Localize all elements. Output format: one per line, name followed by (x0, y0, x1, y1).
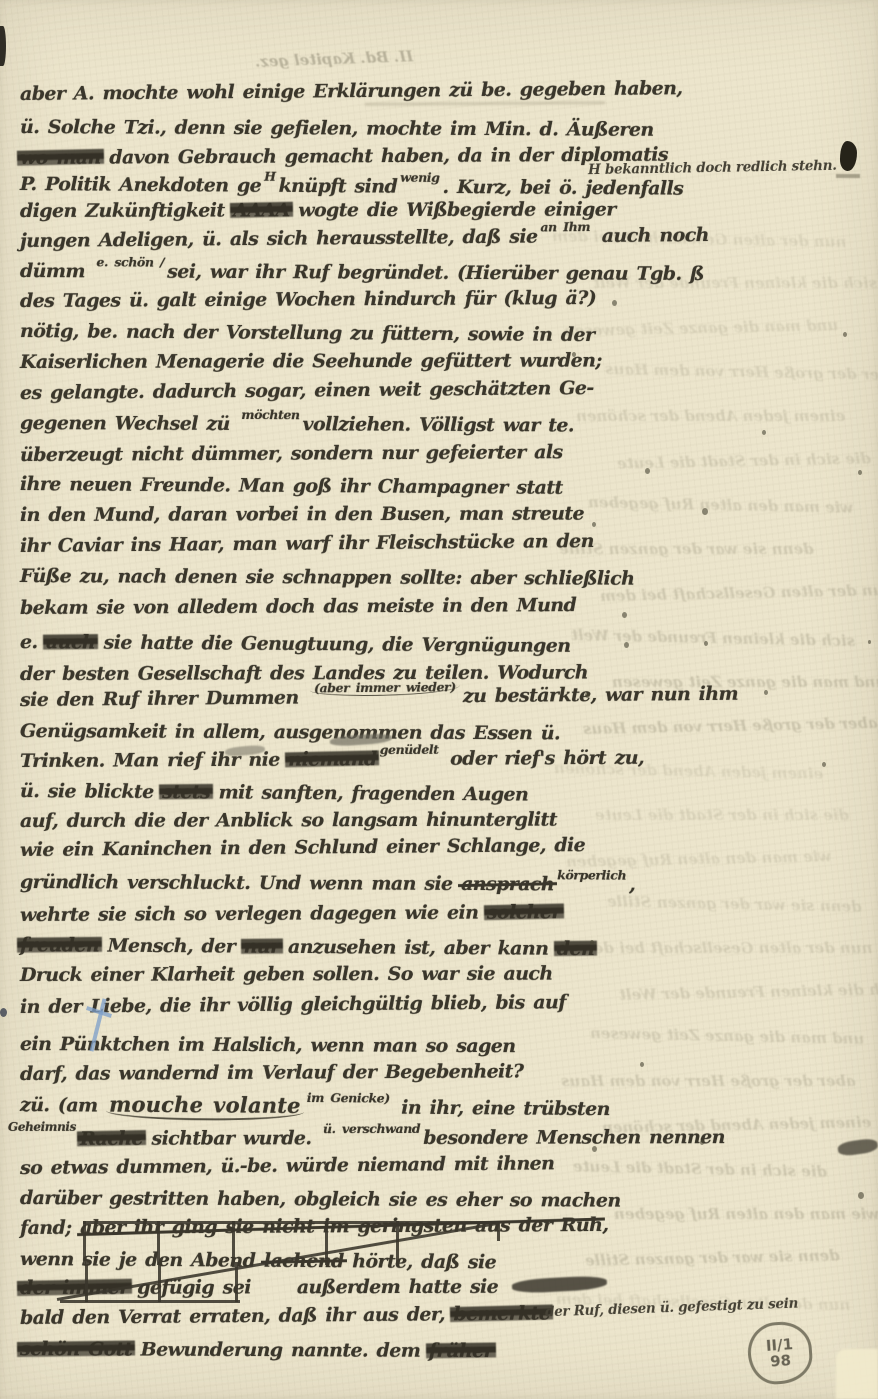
strikethrough-segment: ansprach (461, 873, 554, 895)
ink-speck (702, 508, 708, 515)
bleedthrough-text: und man die ganze Zeit gewesen (564, 316, 839, 340)
text-segment: mit sanften, fragenden Augen (210, 781, 528, 805)
manuscript-line: nötig, be. nach der Vorstellung zu fütte… (20, 319, 595, 347)
text-segment: zü. (am (20, 1094, 106, 1117)
text-segment: P. Politik Anekdoten ge (20, 173, 261, 197)
manuscript-line: GeheimnisRache sichtbar wurde. ü. versch… (8, 1125, 725, 1153)
manuscript-line: in der Liebe, die ihr völlig gleichgülti… (20, 990, 566, 1019)
bleedthrough-text: denn sie war der ganzen Stille (607, 892, 862, 915)
manuscript-line: überzeugt nicht dümmer, sondern nur gefe… (20, 440, 563, 467)
manuscript-line: ü. sie blickte stets mit sanften, fragen… (20, 779, 528, 807)
deletion-box-stroke (83, 1221, 498, 1224)
bleedthrough-text: aber der große Herr von dem Haus (605, 360, 878, 384)
paper-discoloration (836, 1349, 878, 1399)
manuscript-line: bald den Verrat erraten, daß ihr aus der… (20, 1301, 550, 1330)
ink-speck (858, 1192, 864, 1199)
manuscript-line: Genügsamkeit in allem, ausgenommen das E… (20, 719, 560, 745)
ink-speck (700, 1140, 704, 1145)
text-segment: besondere Menschen nennen (423, 1126, 725, 1149)
manuscript-page: II. Bd. Kapitel gez. nun der alten Gesel… (0, 0, 878, 1399)
ink-speck (585, 692, 590, 698)
text-segment: gefügig sei (129, 1276, 251, 1298)
strikethrough-segment: solcher (487, 901, 561, 923)
bleedthrough-text: und man die ganze Zeit gewesen (590, 1025, 865, 1049)
strikethrough-segment: früher (429, 1340, 493, 1362)
text-segment: Genügsamkeit in allem, ausgenommen das E… (20, 720, 560, 744)
insertion-segment: ü. verschwand (323, 1123, 420, 1135)
text-segment: der besten Gesellschaft des Landes zu te… (20, 662, 588, 685)
bleedthrough-text: aber der große Herr von dem Haus (561, 1072, 856, 1090)
insertion-segment: e. schön / (96, 256, 164, 268)
manuscript-line: wo man davon Gebrauch gemacht haben, da … (20, 143, 668, 170)
manuscript-line: in den Mund, daran vorbei in den Busen, … (20, 502, 584, 527)
deletion-box-stroke (396, 1221, 399, 1265)
bleedthrough-text: wie man den alten Ruf gegeben (588, 493, 854, 517)
bleedthrough-text: einem jeden Abend der schönen (576, 407, 845, 425)
manuscript-line: des Tages ü. galt einige Wochen hindurch… (20, 286, 596, 313)
margin-note-bottom: der Ruf, diesen ü. gefestigt zu sein (545, 1296, 799, 1321)
insertion-segment: körperlich (557, 869, 626, 881)
ink-speck (624, 642, 629, 648)
manuscript-line: gegenen Wechsel zü möchtenvollziehen. Vö… (20, 411, 574, 437)
bleedthrough-text: sich die kleinen Freunde der Welt (619, 980, 878, 1004)
ink-speck (704, 641, 708, 646)
strikethrough-segment: auch (46, 631, 95, 653)
bleedthrough-text: die sich in der Stadt die Leute (595, 806, 849, 824)
manuscript-line: ihr Caviar ins Haar, man warf ihr Fleisc… (20, 529, 594, 558)
text-segment: jungen Adeligen, ü. als sich herausstell… (20, 225, 538, 252)
manuscript-line: schön Gott Bewunderung nannte. dem frühe… (20, 1337, 493, 1363)
insertion-segment: genüdelt (380, 744, 439, 756)
deletion-box-stroke (60, 1300, 240, 1303)
text-segment: außerdem hatte sie (297, 1276, 498, 1299)
ink-speck (645, 468, 650, 474)
archive-stamp: II/1 98 (746, 1320, 814, 1386)
strikethrough-segment: Rache (80, 1128, 143, 1150)
manuscript-line: fand; aber ihr ging sie nicht im gerings… (20, 1213, 608, 1240)
strikethrough-segment: AAAA (233, 199, 290, 221)
text-segment: in den Mund, daran vorbei in den Busen, … (20, 503, 584, 526)
text-segment: darf, das wandernd im Verlauf der Begebe… (20, 1060, 523, 1085)
ink-speck (592, 1146, 597, 1152)
text-segment: Kaiserlichen Menagerie die Seehunde gefü… (20, 349, 602, 373)
text-segment: oder rief's hört zu, (442, 747, 645, 770)
ink-speck (843, 332, 847, 337)
deletion-box-stroke (85, 1262, 88, 1302)
manuscript-line: auf, durch die der Anblick so langsam hi… (20, 808, 557, 833)
stamp-page-number: 98 (770, 1352, 792, 1369)
text-segment: , (602, 1214, 608, 1236)
bleedthrough-header: II. Bd. Kapitel gez. (255, 47, 414, 71)
manuscript-line: Druck einer Klarheit geben sollen. So wa… (20, 962, 553, 987)
manuscript-line: Kaiserlichen Menagerie die Seehunde gefü… (20, 348, 602, 374)
ink-speck (592, 522, 596, 527)
manuscript-line: P. Politik Anekdoten geHknüpft sindwenig… (20, 172, 683, 201)
deletion-box-stroke (232, 1221, 235, 1267)
manuscript-line: wehrte sie sich so verlegen dagegen wie … (20, 900, 561, 927)
text-segment: bekam sie von alledem doch das meiste in… (20, 594, 576, 619)
ink-speck (764, 690, 768, 695)
manuscript-line: e. auch sie hatte die Genugtuung, die Ve… (20, 630, 571, 658)
strikethrough-segment: schön Gott (20, 1338, 132, 1360)
text-segment: überzeugt nicht dümmer, sondern nur gefe… (20, 441, 563, 466)
text-segment: hörte, daß sie (344, 1250, 497, 1273)
manuscript-line: ihre neuen Freunde. Man goß ihr Champagn… (20, 472, 563, 500)
manuscript-line: Trinken. Man rief ihr nie niemandgenüdel… (20, 746, 644, 773)
insertion-segment: (aber immer wieder) (310, 681, 460, 696)
insertion-segment: im Genicke) (307, 1092, 390, 1105)
insertion-segment: an Ihm (540, 221, 590, 233)
manuscript-line: der besten Gesellschaft des Landes zu te… (20, 661, 588, 686)
manuscript-line: bekam sie von alledem doch das meiste in… (20, 593, 576, 620)
manuscript-line: digen Zukünftigkeit AAAA wogte die Wißbe… (20, 197, 616, 223)
manuscript-line: wenn sie je den Abend lachend hörte, daß… (20, 1247, 496, 1274)
text-segment: es gelangte. dadurch sogar, einen weit g… (20, 377, 594, 404)
ink-smudge (512, 1275, 608, 1294)
bleedthrough-text: sich die kleinen Freunde der Welt (571, 626, 855, 650)
manuscript-line: Füße zu, nach denen sie schnappen sollte… (20, 564, 634, 591)
strikethrough-segment: stets (162, 781, 210, 803)
manuscript-line: der immer gefügig seiaußerdem hatte sie (20, 1275, 498, 1300)
ink-speck (858, 470, 862, 475)
bleedthrough-text: denn sie war der ganzen Stille (559, 540, 814, 558)
ink-speck (572, 352, 576, 357)
edge-speck (0, 1008, 7, 1017)
text-segment: sichtbar wurde. (143, 1127, 320, 1149)
text-segment: zu bestärkte, war nun ihm (463, 683, 738, 707)
text-segment: Druck einer Klarheit geben sollen. So wa… (20, 963, 553, 986)
bleedthrough-text: nun der alten Gesellschaft bei dem (578, 939, 873, 957)
text-segment: sie hatte die Genugtuung, die Vergnügung… (95, 632, 570, 657)
text-segment: des Tages ü. galt einige Wochen hindurch… (20, 287, 596, 312)
deletion-box-stroke (497, 1221, 500, 1241)
text-segment: vollziehen. Völligst war te. (303, 413, 574, 436)
text-segment: auf, durch die der Anblick so langsam hi… (20, 809, 557, 832)
insertion-segment: möchten (241, 409, 299, 421)
ink-smudge (837, 1138, 878, 1157)
strikethrough-segment: freuden (20, 934, 99, 957)
manuscript-line: sie den Ruf ihrer Dummen (aber immer wie… (20, 682, 738, 712)
manuscript-line: es gelangte. dadurch sogar, einen weit g… (20, 376, 594, 405)
manuscript-line: ü. Solche Tzi., denn sie gefielen, mocht… (20, 115, 654, 142)
manuscript-line: darf, das wandernd im Verlauf der Begebe… (20, 1059, 524, 1086)
bleedthrough-text: aber der große Herr von dem Haus (583, 714, 878, 738)
text-segment: ü. sie blickte (20, 780, 162, 803)
bleedthrough-text: denn sie war der ganzen Stille (585, 1246, 840, 1269)
bleedthrough-text: die sich in der Stadt die Leute (617, 449, 871, 472)
text-segment: fand; (20, 1217, 80, 1239)
manuscript-line: jungen Adeligen, ü. als sich herausstell… (20, 223, 709, 253)
text-segment: auch noch (593, 224, 709, 247)
text-segment: wehrte sie sich so verlegen dagegen wie … (20, 902, 487, 926)
text-segment: davon Gebrauch gemacht haben, da in der … (101, 144, 668, 169)
manuscript-line: dümm e. schön /sei, war ihr Ruf begründe… (20, 259, 704, 286)
manuscript-line: zü. (am mouche volanteim Genicke) in ihr… (20, 1092, 610, 1121)
text-segment: wie ein Kaninchen in den Schlund einer S… (20, 834, 585, 861)
strikethrough-segment: bemerkte (453, 1302, 550, 1325)
strikethrough-segment: wo man (20, 147, 101, 169)
text-segment: sie den Ruf ihrer Dummen (20, 686, 307, 711)
manuscript-line: freuden Mensch, der nur anzusehen ist, a… (20, 933, 594, 961)
manuscript-line: ein Pünktchen im Halslich, wenn man so s… (20, 1032, 516, 1058)
strikethrough-segment: den (557, 938, 595, 960)
latin-phrase: mouche volante (106, 1092, 304, 1121)
ink-speck (822, 762, 826, 767)
manuscript-line: gründlich verschluckt. Und wenn man sie … (20, 870, 635, 897)
scan-edge-mark (0, 26, 6, 66)
text-segment: Mensch, der (99, 935, 244, 958)
text-segment: dümm (20, 260, 94, 282)
text-segment: , (629, 874, 635, 896)
strikethrough-segment: nur (244, 936, 280, 958)
bleedthrough-text: wie man den alten Ruf gegeben (614, 1205, 878, 1223)
text-segment: ihre neuen Freunde. Man goß ihr Champagn… (20, 473, 563, 499)
text-segment: Füße zu, nach denen sie schnappen sollte… (20, 565, 634, 590)
text-segment: digen Zukünftigkeit (20, 199, 233, 222)
text-segment: wogte die Wißbegierde einiger (290, 198, 616, 221)
manuscript-line: so etwas dummen, ü.-be. würde niemand mi… (20, 1151, 555, 1180)
text-segment: ü. Solche Tzi., denn sie gefielen, mocht… (20, 116, 654, 141)
text-segment: in ihr, eine trübsten (393, 1097, 610, 1121)
deletion-box-stroke (83, 1221, 86, 1265)
insertion-segment: wenig (400, 172, 439, 184)
deletion-box-stroke (157, 1221, 160, 1265)
text-segment: ein Pünktchen im Halslich, wenn man so s… (20, 1033, 516, 1057)
text-segment: Bewunderung nannte. dem (132, 1338, 429, 1361)
insertion-segment: Geheimnis (8, 1115, 76, 1139)
text-segment: . Kurz, bei ö. jedenfalls (442, 176, 683, 200)
ink-speck (590, 940, 594, 945)
bleedthrough-text: die sich in der Stadt die Leute (573, 1158, 827, 1181)
ink-speck (612, 300, 617, 306)
manuscript-line: darüber gestritten haben, obgleich sie e… (20, 1186, 621, 1213)
ink-speck (622, 612, 627, 618)
margin-note-top: H bekanntlich doch redlich stehn. (588, 158, 837, 178)
text-segment: gegenen Wechsel zü (20, 412, 238, 435)
insertion-segment: H (264, 171, 276, 183)
ink-speck (868, 640, 871, 644)
text-segment: in der Liebe, die ihr völlig gleichgülti… (20, 991, 566, 1018)
text-segment: sei, war ihr Ruf begründet. (Hierüber ge… (167, 261, 704, 285)
bleedthrough-text: nun der alten Gesellschaft bei dem (600, 581, 878, 605)
text-segment: nötig, be. nach der Vorstellung zu fütte… (20, 320, 595, 346)
strikethrough-segment: niemand (288, 748, 377, 770)
ink-blot (840, 141, 857, 171)
text-segment: knüpft sind (279, 175, 398, 198)
deletion-box-stroke (325, 1221, 328, 1265)
text-segment: bald den Verrat erraten, daß ihr aus der… (20, 1303, 454, 1329)
text-segment: gründlich verschluckt. Und wenn man sie (20, 871, 461, 895)
manuscript-line: wie ein Kaninchen in den Schlund einer S… (20, 833, 585, 862)
text-segment: so etwas dummen, ü.-be. würde niemand mi… (20, 1152, 555, 1179)
text-segment: anzusehen ist, aber kann (279, 936, 556, 960)
ink-speck (640, 1062, 644, 1067)
ink-speck (762, 430, 766, 435)
text-segment: darüber gestritten haben, obgleich sie e… (20, 1187, 621, 1212)
text-segment: ihr Caviar ins Haar, man warf ihr Fleisc… (20, 530, 594, 557)
text-segment: aber A. mochte wohl einige Erklärungen z… (20, 77, 683, 105)
